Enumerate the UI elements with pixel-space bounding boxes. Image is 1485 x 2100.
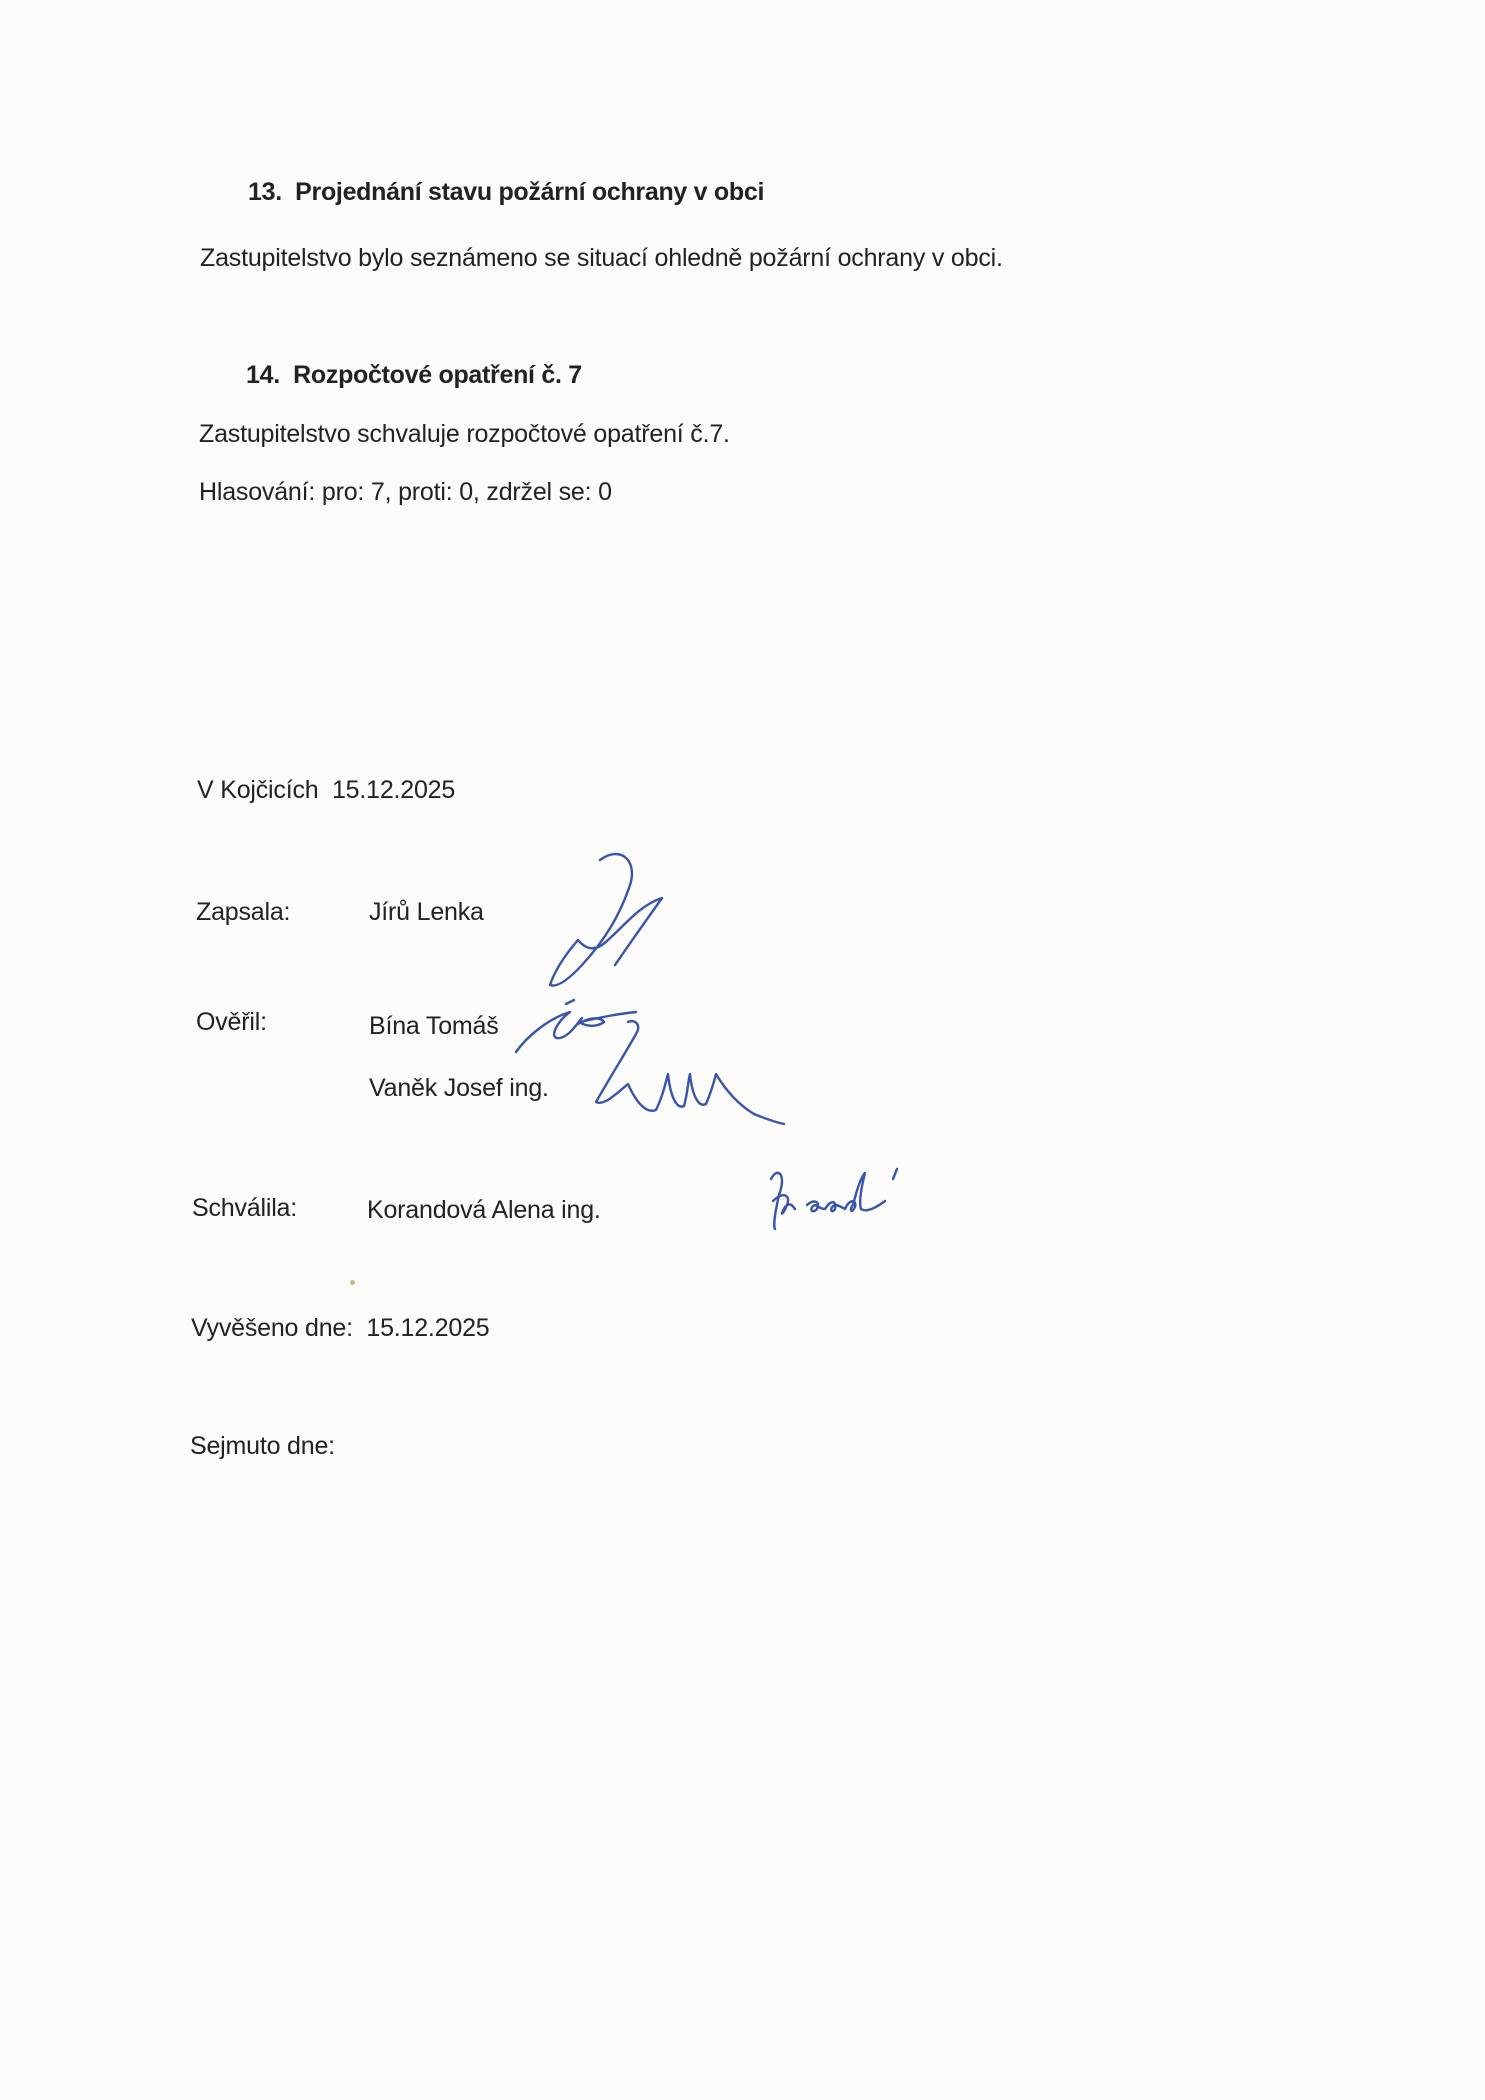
posted-date: 15.12.2025	[366, 1314, 489, 1342]
signature-vanek	[584, 1014, 794, 1124]
approved-by-name: Korandová Alena ing.	[367, 1196, 601, 1225]
section-title: Rozpočtové opatření č. 7	[293, 361, 582, 389]
signature-korandova	[765, 1165, 965, 1245]
verified-by-name-1: Bína Tomáš	[369, 1012, 499, 1041]
section-13-heading: 13. Projednání stavu požární ochrany v o…	[248, 178, 764, 207]
section-title: Projednání stavu požární ochrany v obci	[295, 178, 764, 206]
removed-label: Sejmuto dne:	[190, 1432, 335, 1460]
posted-label: Vyvěšeno dne:	[191, 1314, 353, 1342]
place-date: V Kojčicích 15.12.2025	[197, 776, 455, 805]
signature-jiru	[520, 840, 670, 1000]
voting-result: Hlasování: pro: 7, proti: 0, zdržel se: …	[199, 478, 612, 507]
verified-by-name-2: Vaněk Josef ing.	[369, 1074, 549, 1103]
posted-row: Vyvěšeno dne: 15.12.2025	[191, 1314, 490, 1343]
section-14-heading: 14. Rozpočtové opatření č. 7	[246, 361, 582, 390]
scan-speck	[350, 1280, 355, 1285]
section-14-paragraph: Zastupitelstvo schvaluje rozpočtové opat…	[199, 420, 730, 449]
section-number: 13.	[248, 178, 282, 206]
document-page: 13. Projednání stavu požární ochrany v o…	[0, 0, 1485, 2100]
approved-by-label: Schválila:	[192, 1194, 297, 1223]
date: 15.12.2025	[332, 776, 455, 804]
removed-row: Sejmuto dne:	[190, 1432, 335, 1461]
recorded-by-label: Zapsala:	[196, 898, 290, 927]
verified-by-label: Ověřil:	[196, 1008, 267, 1037]
recorded-by-name: Jírů Lenka	[369, 898, 484, 927]
section-13-paragraph: Zastupitelstvo bylo seznámeno se situací…	[200, 244, 1003, 273]
section-number: 14.	[246, 361, 280, 389]
place: V Kojčicích	[197, 776, 318, 804]
